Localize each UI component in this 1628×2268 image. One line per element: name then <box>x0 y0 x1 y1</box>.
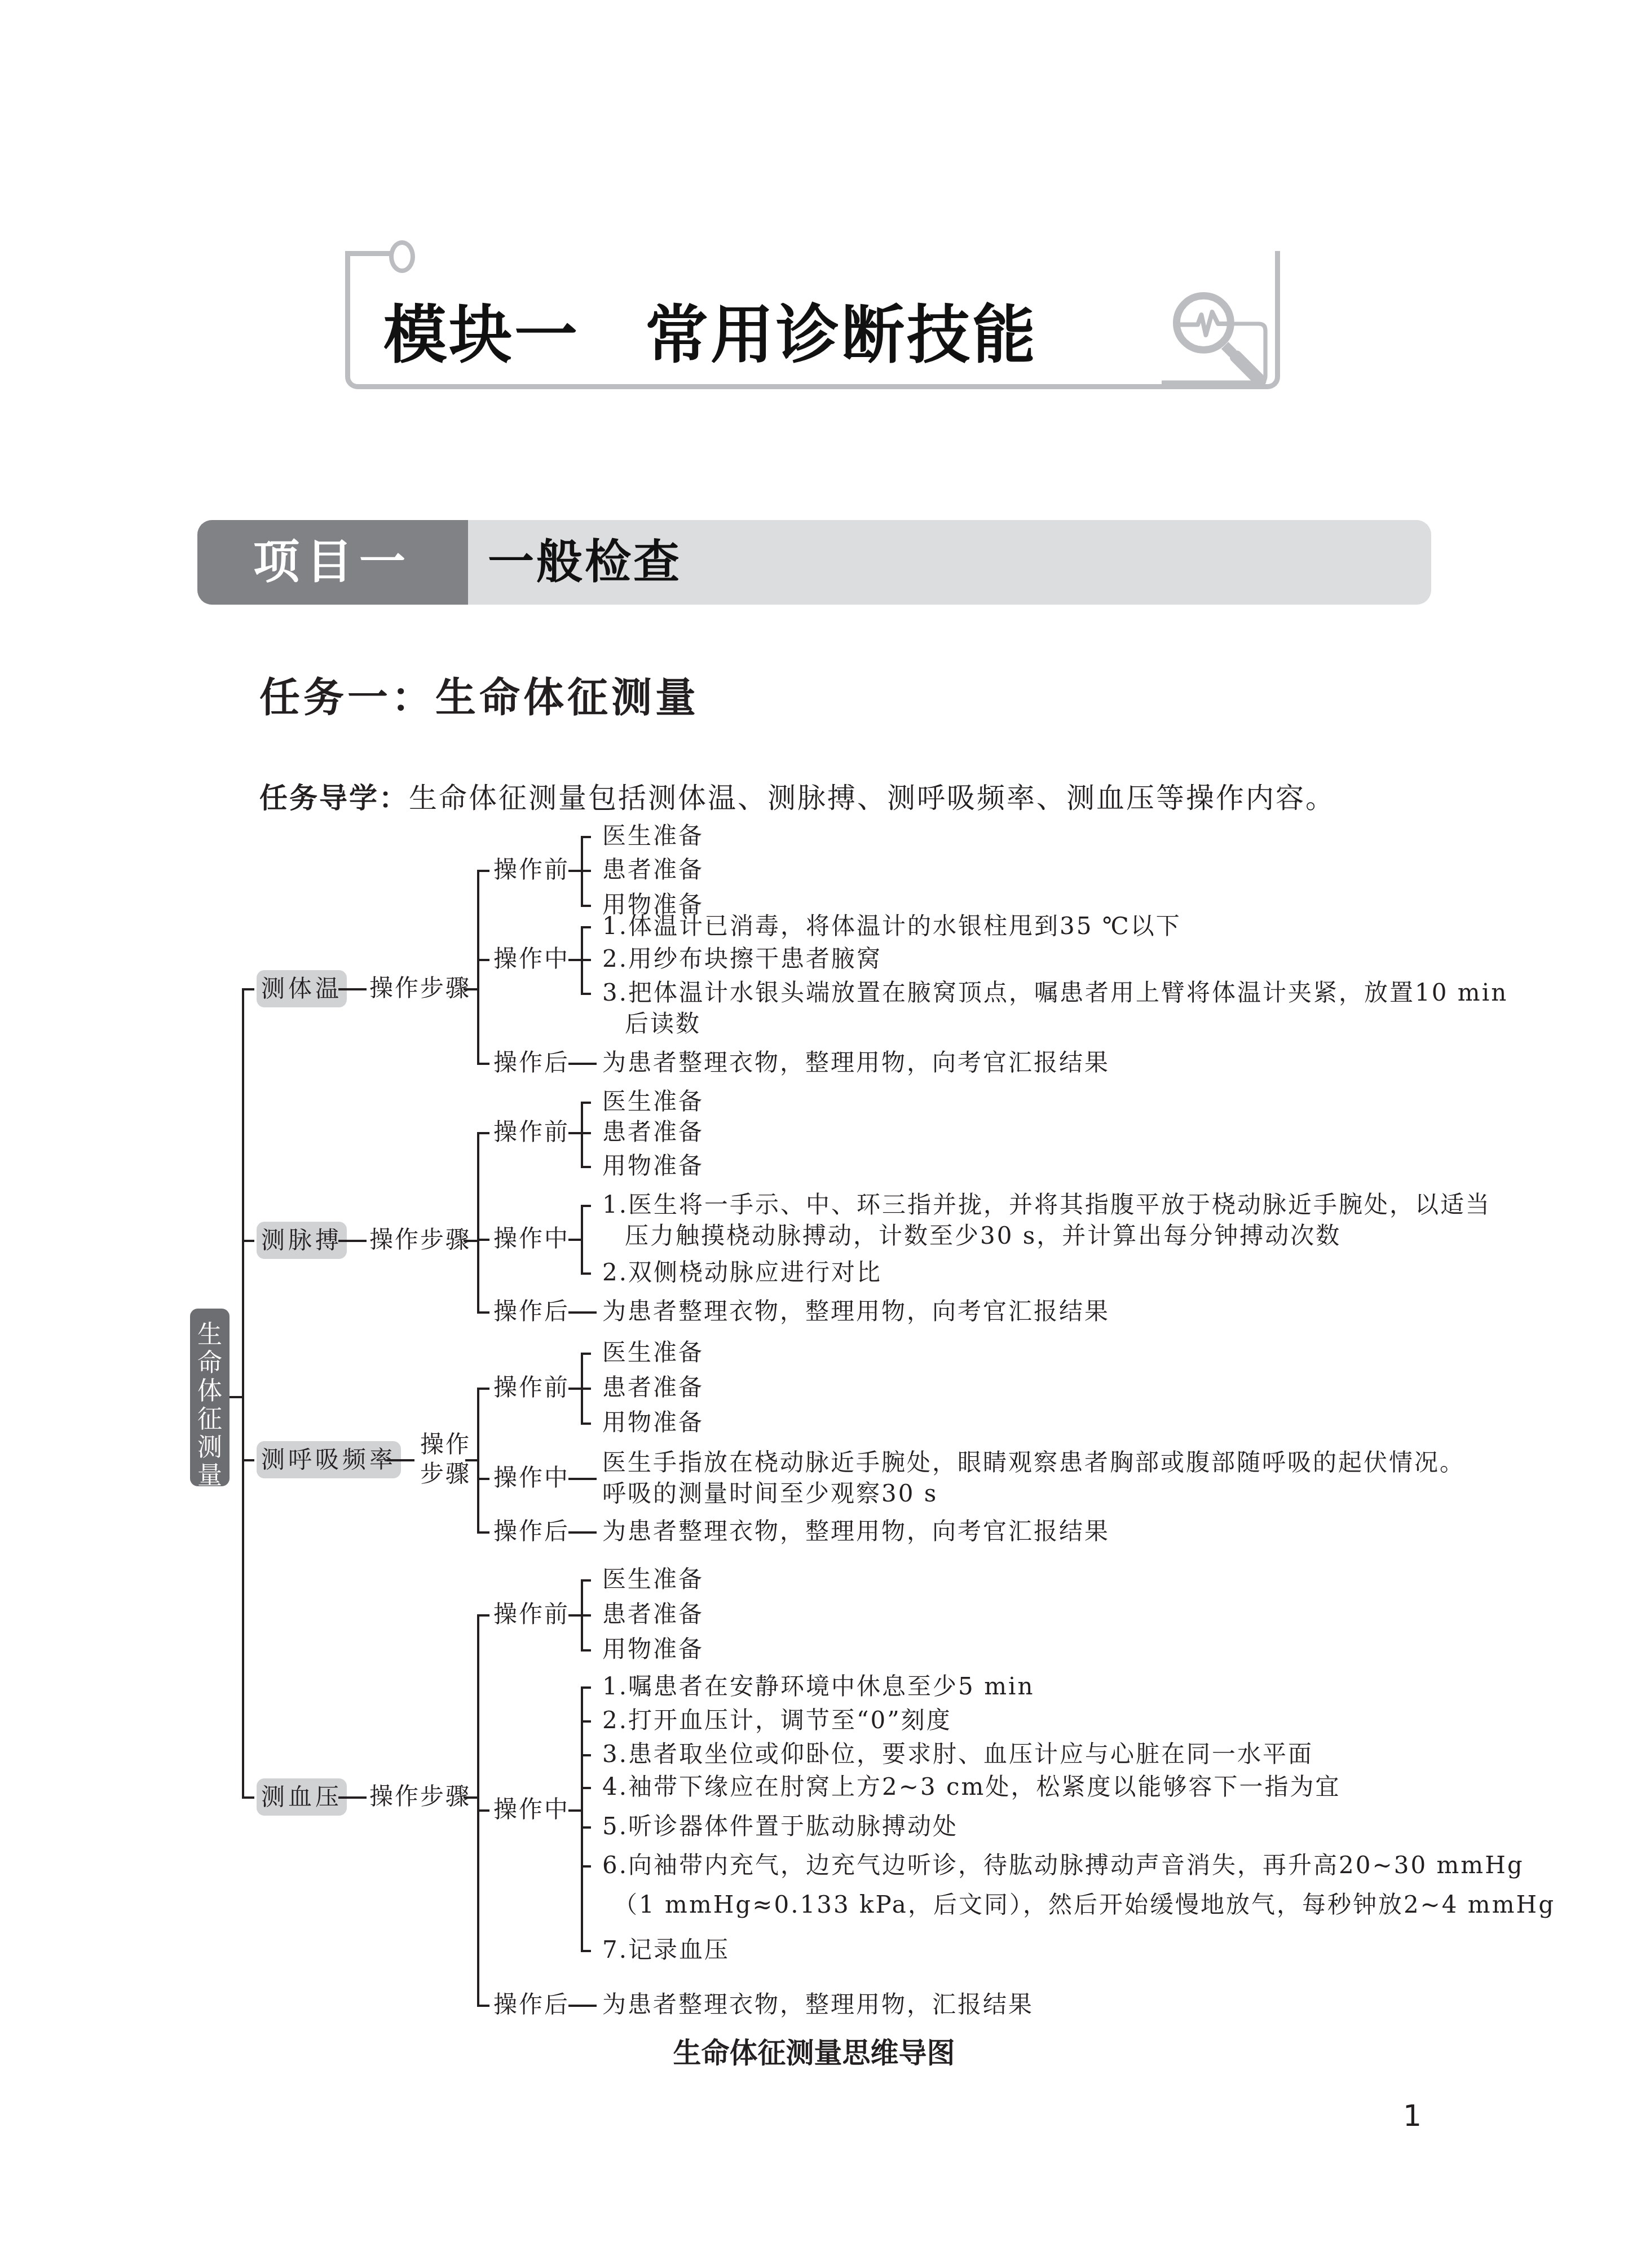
connector <box>464 1796 477 1799</box>
main-trunk-line <box>242 988 244 1798</box>
connector <box>242 1459 254 1461</box>
page-number: 1 <box>1403 2099 1422 2133</box>
step-item: 2.打开血压计，调节至“0”刻度 <box>602 1706 952 1734</box>
connector <box>477 1388 489 1390</box>
steps-label: 操作 步骤 <box>420 1430 471 1488</box>
connector <box>581 1353 591 1355</box>
task-guide: 任务导学：生命体征测量包括测体温、测脉搏、测呼吸频率、测血压等操作内容。 <box>259 776 1335 816</box>
prep-item: 医生准备 <box>602 1087 704 1116</box>
connector <box>568 870 581 872</box>
connector <box>338 1796 367 1799</box>
connector <box>338 1240 367 1242</box>
connector <box>477 1809 489 1812</box>
branch-node: 测血压 <box>257 1778 347 1816</box>
step-item-continuation: 压力触摸桡动脉搏动，计数至少30 s，并计算出每分钟搏动次数 <box>625 1222 1341 1250</box>
step-item: 4.袖带下缘应在肘窝上方2~3 cm处，松紧度以能够容下一指为宜 <box>602 1773 1340 1801</box>
phase-after: 操作后 <box>493 1297 570 1325</box>
connector <box>581 926 591 928</box>
phase-before: 操作前 <box>493 1600 570 1628</box>
connector <box>581 1423 591 1425</box>
connector <box>568 1809 581 1812</box>
prep-item: 医生准备 <box>602 1338 704 1367</box>
prep-item: 患者准备 <box>602 1118 704 1146</box>
phase-during: 操作中 <box>493 1795 570 1824</box>
connector <box>386 1459 414 1461</box>
connector <box>568 1132 581 1134</box>
mindmap-root-label: 生命体征测量 <box>197 1321 223 1490</box>
connector <box>581 1649 591 1652</box>
connector <box>581 905 591 907</box>
step-item: 3.把体温计水银头端放置在腋窝顶点，嘱患者用上臂将体温计夹紧，放置10 min <box>602 979 1508 1007</box>
connector <box>242 1240 254 1242</box>
connector <box>581 1388 591 1390</box>
connector <box>581 993 591 995</box>
connector <box>477 1614 489 1617</box>
prep-item: 医生准备 <box>602 822 704 850</box>
connector <box>477 2005 489 2007</box>
connector <box>568 1531 597 1534</box>
phase-during: 操作中 <box>493 1225 570 1253</box>
connector <box>568 1063 597 1065</box>
prep-item: 患者准备 <box>602 856 704 884</box>
phase-before: 操作前 <box>493 856 570 884</box>
connector <box>581 959 591 961</box>
connector <box>568 1239 581 1241</box>
connector <box>581 1614 591 1617</box>
connector <box>581 1826 591 1829</box>
connector <box>581 1754 591 1756</box>
connector <box>477 1388 479 1531</box>
step-item: 1.体温计已消毒，将体温计的水银柱甩到35 ℃以下 <box>602 912 1181 940</box>
connector <box>464 988 477 990</box>
steps-label: 操作步骤 <box>369 1782 471 1811</box>
connector <box>477 1132 489 1134</box>
phase-before: 操作前 <box>493 1373 570 1402</box>
connector <box>581 1787 591 1789</box>
task-guide-label: 任务导学： <box>259 782 409 814</box>
prep-item: 用物准备 <box>602 1152 704 1180</box>
connector <box>477 1239 489 1241</box>
connector <box>568 2005 597 2007</box>
task-title: 任务一：生命体征测量 <box>259 664 699 723</box>
steps-label-line: 步骤 <box>420 1459 471 1488</box>
connector <box>477 1531 489 1534</box>
steps-label-line: 操作 <box>420 1430 471 1459</box>
connector <box>581 836 591 838</box>
connector <box>581 1720 591 1723</box>
frame-ring-decoration <box>389 240 415 273</box>
connector <box>477 1063 489 1065</box>
after-text: 为患者整理衣物，整理用物，向考官汇报结果 <box>602 1297 1110 1325</box>
step-item: 1.医生将一手示、中、环三指并拢，并将其指腹平放于桡动脉近手腕处，以适当 <box>602 1191 1491 1219</box>
steps-label: 操作步骤 <box>369 1226 471 1254</box>
connector <box>581 1686 583 1950</box>
connector <box>581 870 591 872</box>
phase-during: 操作中 <box>493 1464 570 1492</box>
connector <box>581 1950 591 1952</box>
connector <box>477 870 479 1063</box>
phase-after: 操作后 <box>493 1049 570 1077</box>
connector <box>477 1478 489 1480</box>
module-frame-top-edge <box>345 251 391 256</box>
phase-before: 操作前 <box>493 1118 570 1146</box>
phase-after: 操作后 <box>493 1517 570 1545</box>
step-item: 医生手指放在桡动脉近手腕处，眼睛观察患者胸部或腹部随呼吸的起伏情况。 <box>602 1448 1465 1477</box>
branch-node: 测脉搏 <box>257 1222 347 1259</box>
mindmap-root: 生命体征测量 <box>190 1309 230 1486</box>
project-title: 一般检查 <box>488 520 682 605</box>
prep-item: 用物准备 <box>602 1635 704 1663</box>
step-item: 2.用纱布块擦干患者腋窝 <box>602 945 882 973</box>
connector <box>581 1102 591 1104</box>
connector <box>465 1459 478 1461</box>
step-item: 1.嘱患者在安静环境中休息至少5 min <box>602 1672 1034 1701</box>
phase-after: 操作后 <box>493 1990 570 2019</box>
connector <box>464 1240 477 1242</box>
connector <box>581 1579 591 1582</box>
after-text: 为患者整理衣物，整理用物，向考官汇报结果 <box>602 1517 1110 1545</box>
connector <box>581 1205 583 1272</box>
step-item-continuation: （1 mmHg≈0.133 kPa，后文同），然后开始缓慢地放气，每秒钟放2~4… <box>614 1891 1555 1919</box>
connector <box>568 1478 597 1480</box>
connector <box>581 1272 591 1275</box>
connector <box>338 988 367 990</box>
figure-caption: 生命体征测量思维导图 <box>0 2031 1628 2071</box>
module-title: 模块一 常用诊断技能 <box>383 285 1038 376</box>
connector <box>477 1132 479 1311</box>
step-item-continuation: 呼吸的测量时间至少观察30 s <box>602 1479 938 1508</box>
prep-item: 患者准备 <box>602 1373 704 1402</box>
after-text: 为患者整理衣物，整理用物，汇报结果 <box>602 1990 1034 2019</box>
connector <box>581 1865 591 1868</box>
connector <box>568 1388 581 1390</box>
steps-label: 操作步骤 <box>369 974 471 1002</box>
step-item: 5.听诊器体件置于肱动脉搏动处 <box>602 1812 958 1840</box>
connector <box>242 988 254 990</box>
prep-item: 医生准备 <box>602 1565 704 1593</box>
connector <box>568 1614 581 1617</box>
step-item: 3.患者取坐位或仰卧位，要求肘、血压计应与心脏在同一水平面 <box>602 1740 1313 1768</box>
prep-item: 用物准备 <box>602 1408 704 1437</box>
prep-item: 患者准备 <box>602 1600 704 1628</box>
branch-node: 测呼吸频率 <box>257 1441 401 1478</box>
connector <box>230 1396 243 1398</box>
connector <box>581 1132 591 1134</box>
connector <box>568 1311 597 1314</box>
connector <box>581 1686 591 1689</box>
step-item: 7.记录血压 <box>602 1936 730 1964</box>
magnifier-pulse-icon <box>1162 271 1297 395</box>
step-item: 6.向袖带内充气，边充气边听诊，待肱动脉搏动声音消失，再升高20~30 mmHg <box>602 1851 1524 1879</box>
connector <box>581 1166 591 1168</box>
connector <box>242 1796 254 1799</box>
phase-during: 操作中 <box>493 945 570 973</box>
after-text: 为患者整理衣物，整理用物，向考官汇报结果 <box>602 1049 1110 1077</box>
connector <box>477 959 489 961</box>
connector <box>477 870 489 872</box>
task-guide-text: 生命体征测量包括测体温、测脉搏、测呼吸频率、测血压等操作内容。 <box>409 782 1335 814</box>
project-tag: 项目一 <box>197 520 468 605</box>
connector <box>477 1311 489 1314</box>
connector <box>568 959 581 961</box>
connector <box>581 1205 591 1207</box>
branch-node: 测体温 <box>257 970 347 1007</box>
step-item-continuation: 后读数 <box>625 1010 701 1038</box>
step-item: 2.双侧桡动脉应进行对比 <box>602 1258 882 1287</box>
